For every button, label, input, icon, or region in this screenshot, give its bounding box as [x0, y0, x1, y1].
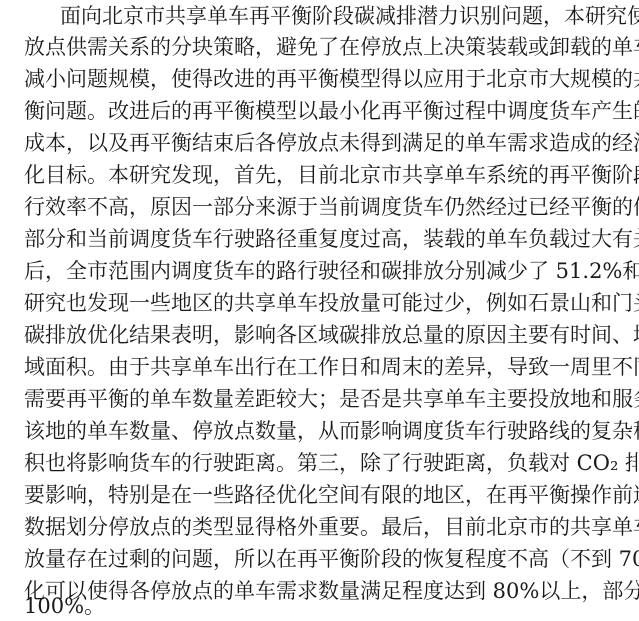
paragraph-line: 碳排放优化结果表明，影响各区域碳排放总量的原因主要有时间、地理位置和区 [24, 319, 612, 352]
paragraph-line: 放点供需关系的分块策略，避免了在停放点上决策装载或卸载的单车数量，同时 [24, 31, 612, 64]
paragraph-line: 该地的单车数量、停放点数量，从而影响调度货车行驶路线的复杂程度；区域面 [24, 415, 612, 448]
paragraph-line: 衡问题。改进后的再平衡模型以最小化再平衡过程中调度货车产生的 CO₂ 排放 [24, 95, 612, 128]
paragraph-line: 研究也发现一些地区的共享单车投放量可能过少，例如石景山和门头沟。第二， [24, 287, 612, 320]
paragraph-line: 部分和当前调度货车行驶路径重复度过高，装载的单车负载过大有关。经过优化 [24, 223, 612, 256]
paragraph-line: 放量存在过剩的问题，所以在再平衡阶段的恢复程度不高（不到 70%），通过优 [24, 543, 612, 576]
paragraph-line: 域面积。由于共享单车出行在工作日和周末的差异，导致一周里不同时间停放点 [24, 351, 612, 384]
paragraph-line: 数据划分停放点的类型显得格外重要。最后，目前北京市的共享单车系统总体投 [24, 511, 612, 544]
paragraph-last-line: 100%。 [24, 590, 612, 621]
document-page: 面向北京市共享单车再平衡阶段碳减排潜力识别问题，本研究使用了基于停 放点供需关系… [0, 0, 639, 621]
paragraph-line: 后，全市范围内调度货车的路行驶径和碳排放分别减少了 51.2%和 57.52%。… [24, 255, 612, 288]
paragraph-line: 减小问题规模，使得改进的再平衡模型得以应用于北京市大规模的共享单车再平 [24, 63, 612, 96]
paragraph-line: 积也将影响货车的行驶距离。第三，除了行驶距离，负载对 CO₂ 排放也起着重 [24, 447, 612, 480]
paragraph-line: 化目标。本研究发现，首先，目前北京市共享单车系统的再平衡阶段调度货车运 [24, 159, 612, 192]
paragraph-line: 需要再平衡的单车数量差距较大；是否是共享单车主要投放地和服务地，将决定 [24, 383, 612, 416]
paragraph-line: 成本，以及再平衡结束后各停放点未得到满足的单车需求造成的经济损失作为优 [24, 127, 612, 160]
paragraph-line: 面向北京市共享单车再平衡阶段碳减排潜力识别问题，本研究使用了基于停 [60, 0, 612, 33]
paragraph-line: 要影响，特别是在一些路径优化空间有限的地区，在再平衡操作前通过当日订单 [24, 479, 612, 512]
paragraph-line: 行效率不高，原因一部分来源于当前调度货车仍然经过已经平衡的停放点，另一 [24, 191, 612, 224]
